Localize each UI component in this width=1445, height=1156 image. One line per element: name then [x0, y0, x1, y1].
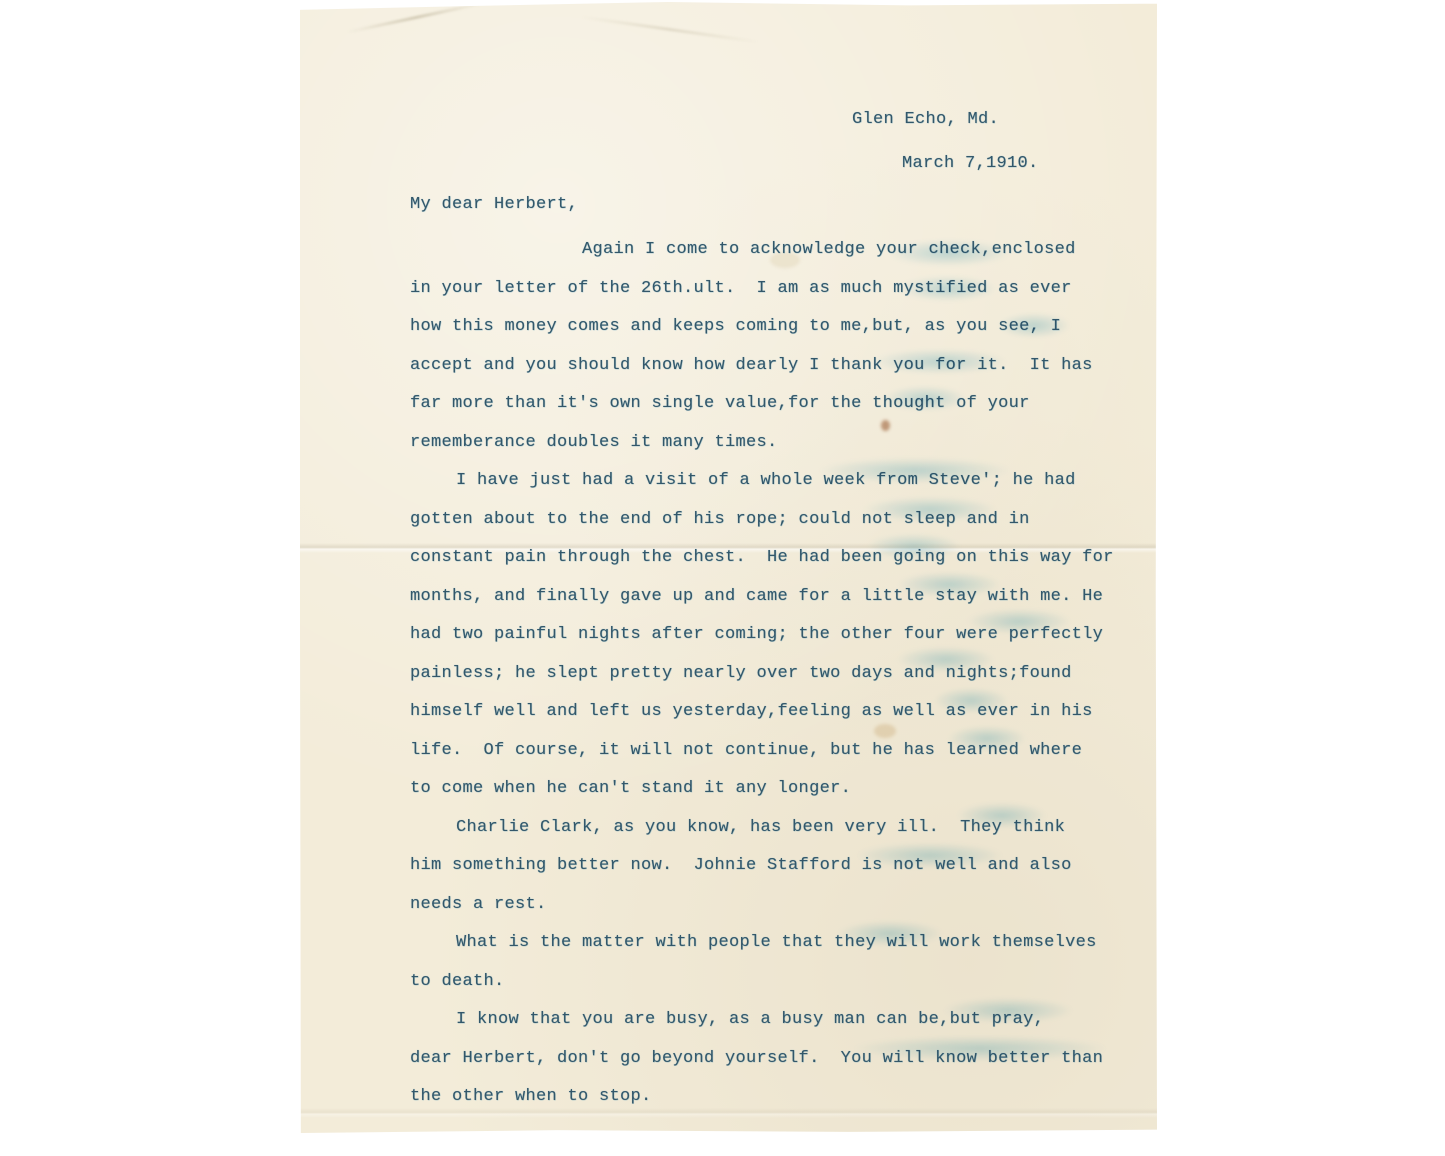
letter-line: him something better now. Johnie Staffor…	[410, 847, 1130, 886]
letter-line: needs a rest.	[410, 886, 1130, 925]
paragraph: Again I come to acknowledge your check,e…	[410, 231, 1130, 462]
letter-line: the other when to stop.	[410, 1078, 1130, 1117]
letter-line: What is the matter with people that they…	[456, 924, 1130, 963]
paragraph: I know that you are busy, as a busy man …	[410, 1001, 1130, 1117]
letter-line: painless; he slept pretty nearly over tw…	[410, 655, 1130, 694]
letter-line: to death.	[410, 963, 1130, 1002]
salutation: My dear Herbert,	[410, 195, 578, 214]
letter-line: life. Of course, it will not continue, b…	[410, 732, 1130, 771]
letter-line: had two painful nights after coming; the…	[410, 616, 1130, 655]
letter-line: himself well and left us yesterday,feeli…	[410, 693, 1130, 732]
letter-line: how this money comes and keeps coming to…	[410, 308, 1130, 347]
letter-line: Charlie Clark, as you know, has been ver…	[456, 809, 1130, 848]
letter-line: accept and you should know how dearly I …	[410, 347, 1130, 386]
scan-background: { "colors": { "background": "#ffffff", "…	[0, 0, 1445, 1156]
fold-crease-top-left	[347, 1, 485, 33]
letter-body: Again I come to acknowledge your check,e…	[410, 231, 1130, 1117]
letter-line: to come when he can't stand it any longe…	[410, 770, 1130, 809]
letter-line: rememberance doubles it many times.	[410, 424, 1130, 463]
letterhead-date: March 7,1910.	[902, 154, 1039, 173]
letter-line: I know that you are busy, as a busy man …	[456, 1001, 1130, 1040]
paragraph: Charlie Clark, as you know, has been ver…	[410, 809, 1130, 925]
letter-line: dear Herbert, don't go beyond yourself. …	[410, 1040, 1130, 1079]
letter-line: gotten about to the end of his rope; cou…	[410, 501, 1130, 540]
letterhead-place: Glen Echo, Md.	[852, 110, 999, 129]
letter-line: Again I come to acknowledge your check,e…	[582, 231, 1130, 270]
letter-line: I have just had a visit of a whole week …	[456, 462, 1130, 501]
letter-page: Glen Echo, Md. March 7,1910. My dear Her…	[300, 2, 1157, 1133]
letter-line: constant pain through the chest. He had …	[410, 539, 1130, 578]
paragraph: I have just had a visit of a whole week …	[410, 462, 1130, 809]
paragraph: What is the matter with people that they…	[410, 924, 1130, 1001]
letter-line: months, and finally gave up and came for…	[410, 578, 1130, 617]
fold-crease-top-center	[581, 15, 760, 43]
letter-line: far more than it's own single value,for …	[410, 385, 1130, 424]
letter-line: in your letter of the 26th.ult. I am as …	[410, 270, 1130, 309]
